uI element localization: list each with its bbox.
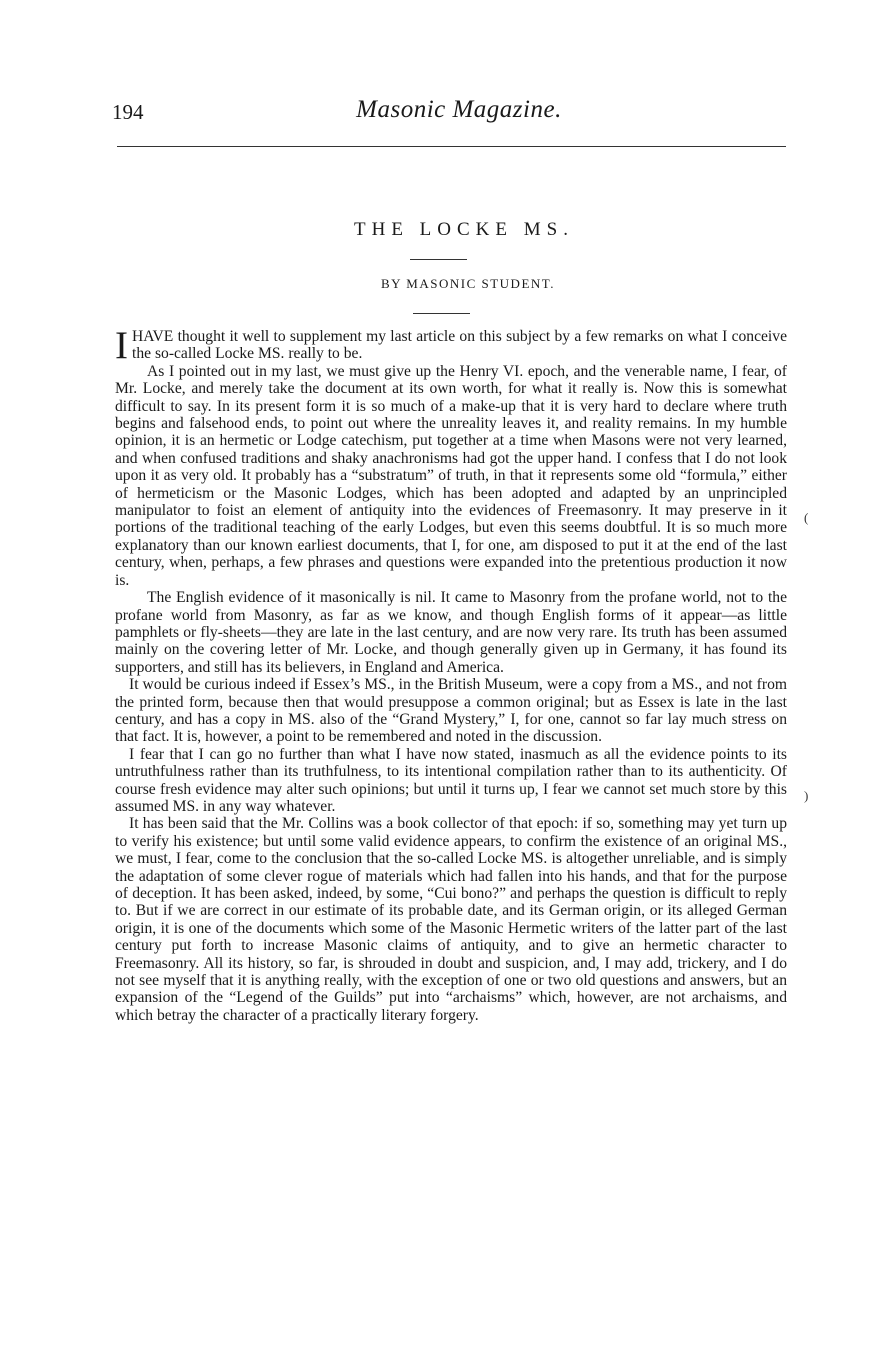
byline-divider (413, 313, 470, 314)
article-title: THE LOCKE MS. (0, 219, 888, 241)
paragraph: It would be curious indeed if Essex’s MS… (115, 676, 787, 746)
running-title: Masonic Magazine. (0, 96, 888, 124)
title-divider (410, 259, 467, 260)
margin-mark: ) (804, 788, 808, 804)
margin-mark: ( (804, 510, 808, 526)
paragraph: It has been said that the Mr. Collins wa… (115, 815, 787, 1024)
paragraph: As I pointed out in my last, we must giv… (115, 363, 787, 589)
paragraph: The English evidence of it masonically i… (115, 589, 787, 676)
paragraph-text: HAVE thought it well to supplement my la… (132, 328, 787, 362)
article-body: I HAVE thought it well to supplement my … (115, 328, 787, 1024)
paragraph: I HAVE thought it well to supplement my … (115, 328, 787, 363)
paragraph: I fear that I can go no further than wha… (115, 746, 787, 816)
drop-cap: I (115, 330, 128, 362)
article-byline: BY MASONIC STUDENT. (0, 276, 888, 292)
header-rule (117, 146, 786, 147)
